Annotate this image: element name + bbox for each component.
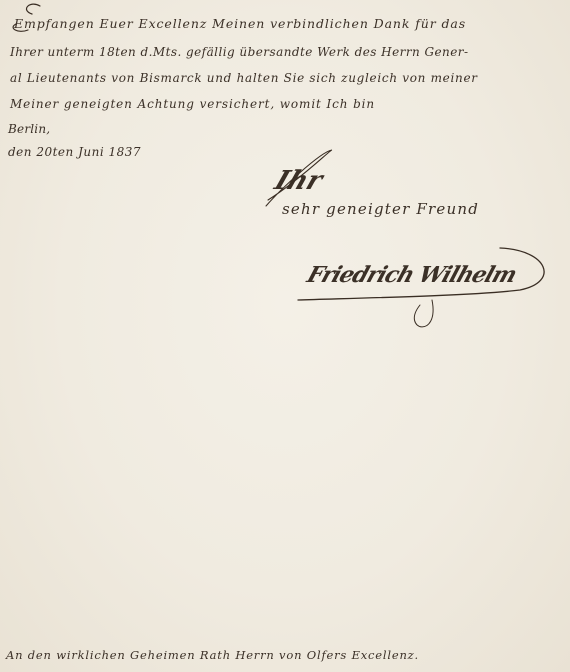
closing-line-2: sehr geneigter Freund <box>282 200 479 218</box>
place-line: Berlin, <box>8 122 50 136</box>
letter-page: Empfangen Euer Excellenz Meinen verbindl… <box>0 0 570 672</box>
address-line: An den wirklichen Geheimen Rath Herrn vo… <box>6 648 419 662</box>
signature: Friedrich Wilhelm <box>304 262 520 288</box>
closing-line-1: Ihr <box>271 166 327 196</box>
body-line-1: Empfangen Euer Excellenz Meinen verbindl… <box>14 16 564 31</box>
date-line: den 20ten Juni 1837 <box>8 145 141 159</box>
body-line-4: Meiner geneigten Achtung versichert, wom… <box>10 97 375 111</box>
body-line-3: al Lieutenants von Bismarck und halten S… <box>10 71 478 85</box>
body-line-2: Ihrer unterm 18ten d.Mts. gefällig übers… <box>10 45 468 59</box>
